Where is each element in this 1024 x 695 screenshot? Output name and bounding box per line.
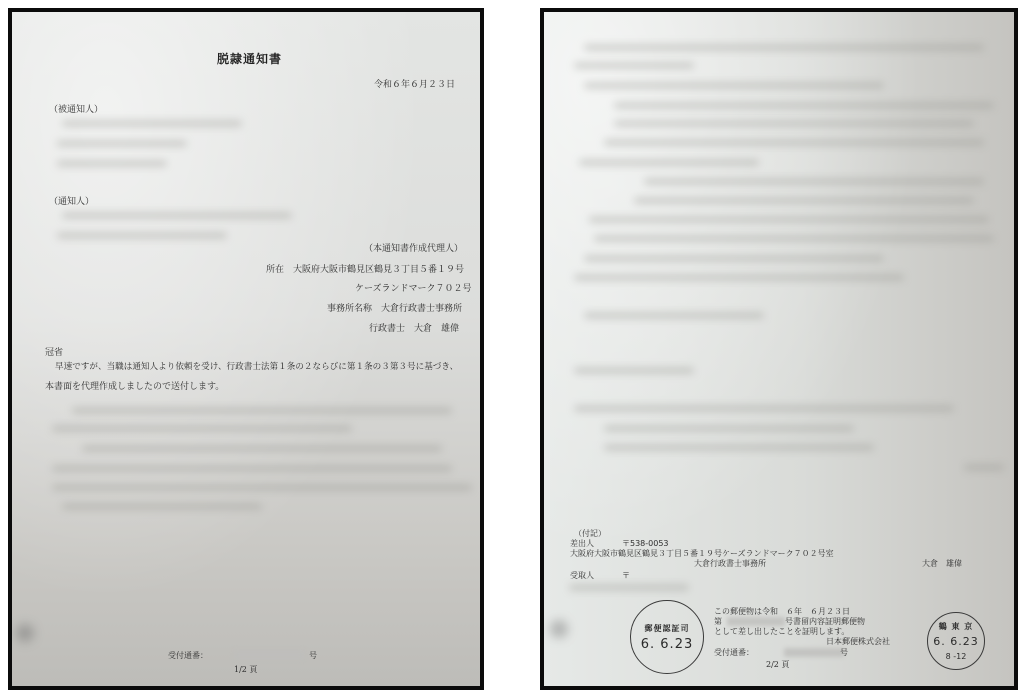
redacted-recipient-line xyxy=(569,584,689,591)
receipt-number-suffix: 号 xyxy=(840,647,848,658)
redacted-body-line xyxy=(52,465,452,472)
stamp-date: 6. 6.23 xyxy=(641,637,693,652)
photo-shadow xyxy=(16,624,34,642)
redacted-body-line xyxy=(574,274,904,281)
certification-company: 日本郵便株式会社 xyxy=(826,636,890,647)
stamp-date: 6. 6.23 xyxy=(933,635,978,648)
stamp-time: 8 -12 xyxy=(946,652,967,661)
document-title: 脱隷通知書 xyxy=(217,50,282,67)
redacted-body-line xyxy=(52,425,352,432)
redacted-body-line xyxy=(604,425,854,432)
agent-building: ケーズランドマーク７０２号 xyxy=(355,281,472,294)
postal-certifier-stamp: 郵便認証司 6. 6.23 xyxy=(630,600,704,674)
redacted-body-line xyxy=(584,312,764,319)
document-page-1: 脱隷通知書 令和６年６月２３日 （被通知人） （通知人） （本通知書作成代理人）… xyxy=(8,8,484,690)
agent-signatory: 行政書士 大倉 雄偉 xyxy=(369,321,459,334)
redacted-recipient-line xyxy=(62,120,242,127)
redacted-body-line xyxy=(644,178,984,185)
redacted-body-line xyxy=(579,159,759,166)
agent-address: 所在 大阪府大阪市鶴見区鶴見３丁目５番１９号 xyxy=(266,262,464,275)
redacted-body-line xyxy=(584,255,884,262)
stamp-title: 郵便認証司 xyxy=(645,623,690,634)
redacted-body-line xyxy=(82,445,442,452)
document-date: 令和６年６月２３日 xyxy=(374,77,455,90)
redacted-recipient-line xyxy=(57,140,187,147)
body-line-1: 早速ですが、当職は通知人より依頼を受け、行政書士法第１条の２ならびに第１条の３第… xyxy=(55,360,458,372)
sender-office-name: 大倉行政書士事務所 xyxy=(694,558,766,569)
redacted-body-line xyxy=(62,503,262,510)
redacted-body-line xyxy=(634,197,974,204)
recipient-label: 受取人 xyxy=(570,570,594,581)
photo-shadow xyxy=(550,620,568,638)
page-number: 2/2 頁 xyxy=(766,659,789,670)
redacted-body-line xyxy=(574,405,954,412)
redacted-sender-line xyxy=(57,232,227,239)
body-line-2: 本書面を代理作成しましたので送付します。 xyxy=(45,379,224,392)
receipt-number-label: 受付通番： xyxy=(714,647,754,658)
agent-label: （本通知書作成代理人） xyxy=(364,241,463,254)
sender-label: （通知人） xyxy=(49,194,94,207)
redacted-body-line xyxy=(584,44,984,51)
receipt-number-suffix: 号 xyxy=(309,650,317,661)
post-office-date-stamp: 鶴 東 京 6. 6.23 8 -12 xyxy=(927,612,985,670)
redacted-receipt-number xyxy=(784,648,844,657)
sender-name: 大倉 雄偉 xyxy=(922,558,962,569)
redacted-registration-number xyxy=(727,617,785,626)
recipient-label: （被通知人） xyxy=(49,102,103,115)
redacted-recipient-line xyxy=(57,160,167,167)
redacted-sender-line xyxy=(62,212,292,219)
redacted-body-line xyxy=(614,120,974,127)
agent-office-name: 事務所名称 大倉行政書士事務所 xyxy=(327,301,462,314)
redacted-body-line xyxy=(604,139,984,146)
redacted-body-line xyxy=(589,216,989,223)
recipient-postal: 〒 xyxy=(622,570,630,581)
salutation: 冠省 xyxy=(45,345,63,358)
redacted-body-line xyxy=(584,82,884,89)
redacted-body-line xyxy=(574,367,694,374)
stamp-office: 鶴 東 京 xyxy=(939,621,974,632)
document-page-2: （付記） 差出人 〒538-0053 大阪府大阪市鶴見区鶴見３丁目５番１９号ケー… xyxy=(540,8,1018,690)
page-number: 1/2 頁 xyxy=(234,664,257,675)
redacted-body-line xyxy=(594,235,994,242)
redacted-body-line xyxy=(614,102,994,109)
receipt-number-label: 受付通番： xyxy=(168,650,208,661)
redacted-body-line xyxy=(52,484,472,491)
redacted-body-line xyxy=(574,62,694,69)
redacted-receipt-number xyxy=(234,650,304,660)
redacted-body-line xyxy=(604,444,874,451)
redacted-body-line xyxy=(72,407,452,414)
redacted-body-line xyxy=(964,464,1004,471)
